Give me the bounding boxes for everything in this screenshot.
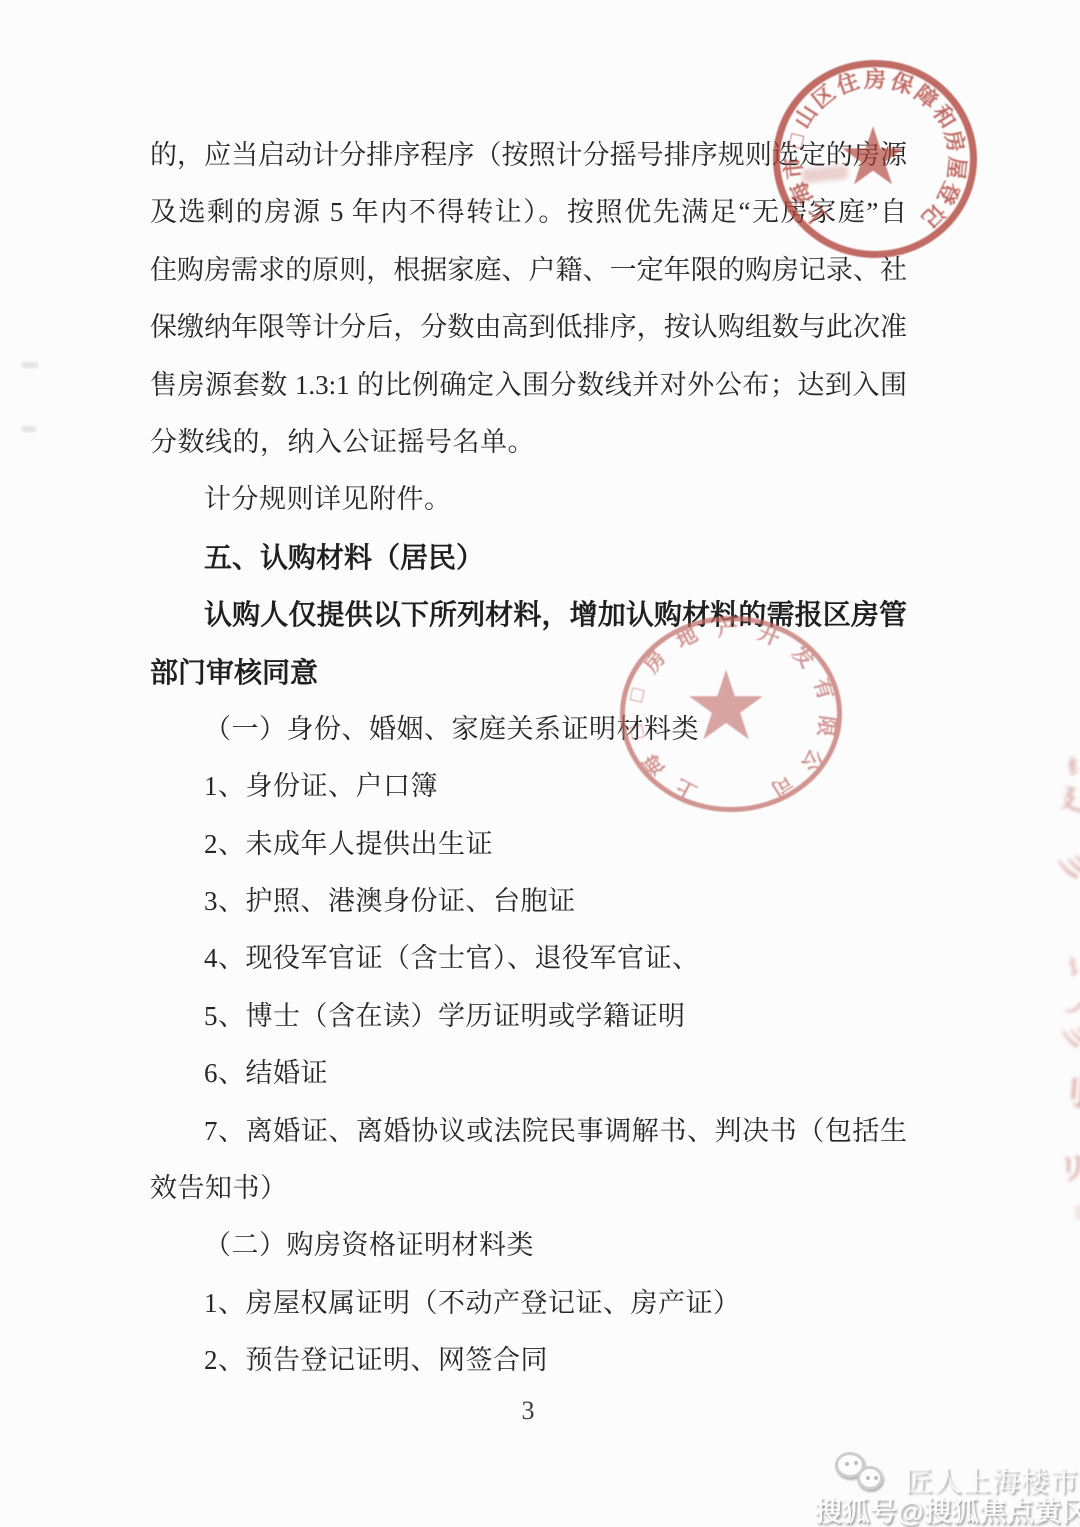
text-line: 五、认购材料（居民） [150,529,907,586]
seal-arc-character: 产 [717,618,739,640]
seal-arc-character: 屋 [944,156,968,180]
scanned-document-page: 的，应当启动计分排序程序（按照计分摇号排序规则选定的房源及选剩的房源 5 年内不… [0,0,1080,1527]
text-line: 2、未成年人提供出生证 [150,816,907,873]
government-housing-seal: ★上海市□山区住房保障和房屋登记 [773,60,977,258]
text-line: 2、预告登记证明、网签合同 [150,1332,907,1389]
text-line: 6、结婚证 [150,1045,907,1102]
seal-fragment: 讠 [1067,957,1080,979]
seal-fragment: 彡 [1059,1021,1080,1053]
text-line: 计分规则详见附件。 [150,471,907,528]
page-number: 3 [0,1396,1056,1436]
text-line: （二）购房资格证明材料类 [150,1217,907,1274]
watermark-subtitle: 搜狐号@搜狐焦点黄冈站 [815,1490,1080,1527]
text-line: 7、离婚证、离婚协议或法院民事调解书、判决书（包括生 [150,1103,907,1160]
seal-fragment: 丿 [1059,991,1080,1025]
text-line: 分数线的，纳入公证摇号名单。 [150,414,907,471]
seal-arc-character: 限 [814,714,838,738]
seal-fragment: 彡 [1054,848,1080,886]
seal-fragment: 廴 [1060,786,1080,817]
seal-fragment: 亖 [1073,1207,1080,1223]
text-line: 售房源套数 1.3:1 的比例确定入围分数线并对外公布；达到入围 [150,357,907,414]
scan-artifact [22,362,38,368]
star-icon: ★ [683,658,769,754]
seal-fragment: 刂 [1053,1076,1080,1112]
seal-fragment: リ [1058,1155,1080,1185]
star-icon: ★ [837,117,909,197]
text-line: 4、现役军官证（含士官）、退役军官证、 [150,930,907,987]
text-line: 3、护照、港澳身份证、台胞证 [150,873,907,930]
text-line: 5、博士（含在读）学历证明或学籍证明 [150,988,907,1045]
text-line: 保缴纳年限等计分后，分数由高到低排序，按认购组数与此次准 [150,299,907,356]
seal-fragment: 纟 [1066,755,1080,778]
company-development-seal: ★上海□□房地产开发有限公司 [620,616,842,812]
seal-arc-character: 房 [864,69,886,91]
text-line: 1、房屋权属证明（不动产登记证、房产证） [150,1275,907,1332]
chat-bubble-icon [857,1466,883,1490]
text-line: 效告知书） [150,1160,907,1217]
watermark-footer: 匠人上海楼市 搜狐号@搜狐焦点黄冈站 [795,1440,1075,1525]
scan-artifact [22,426,36,432]
